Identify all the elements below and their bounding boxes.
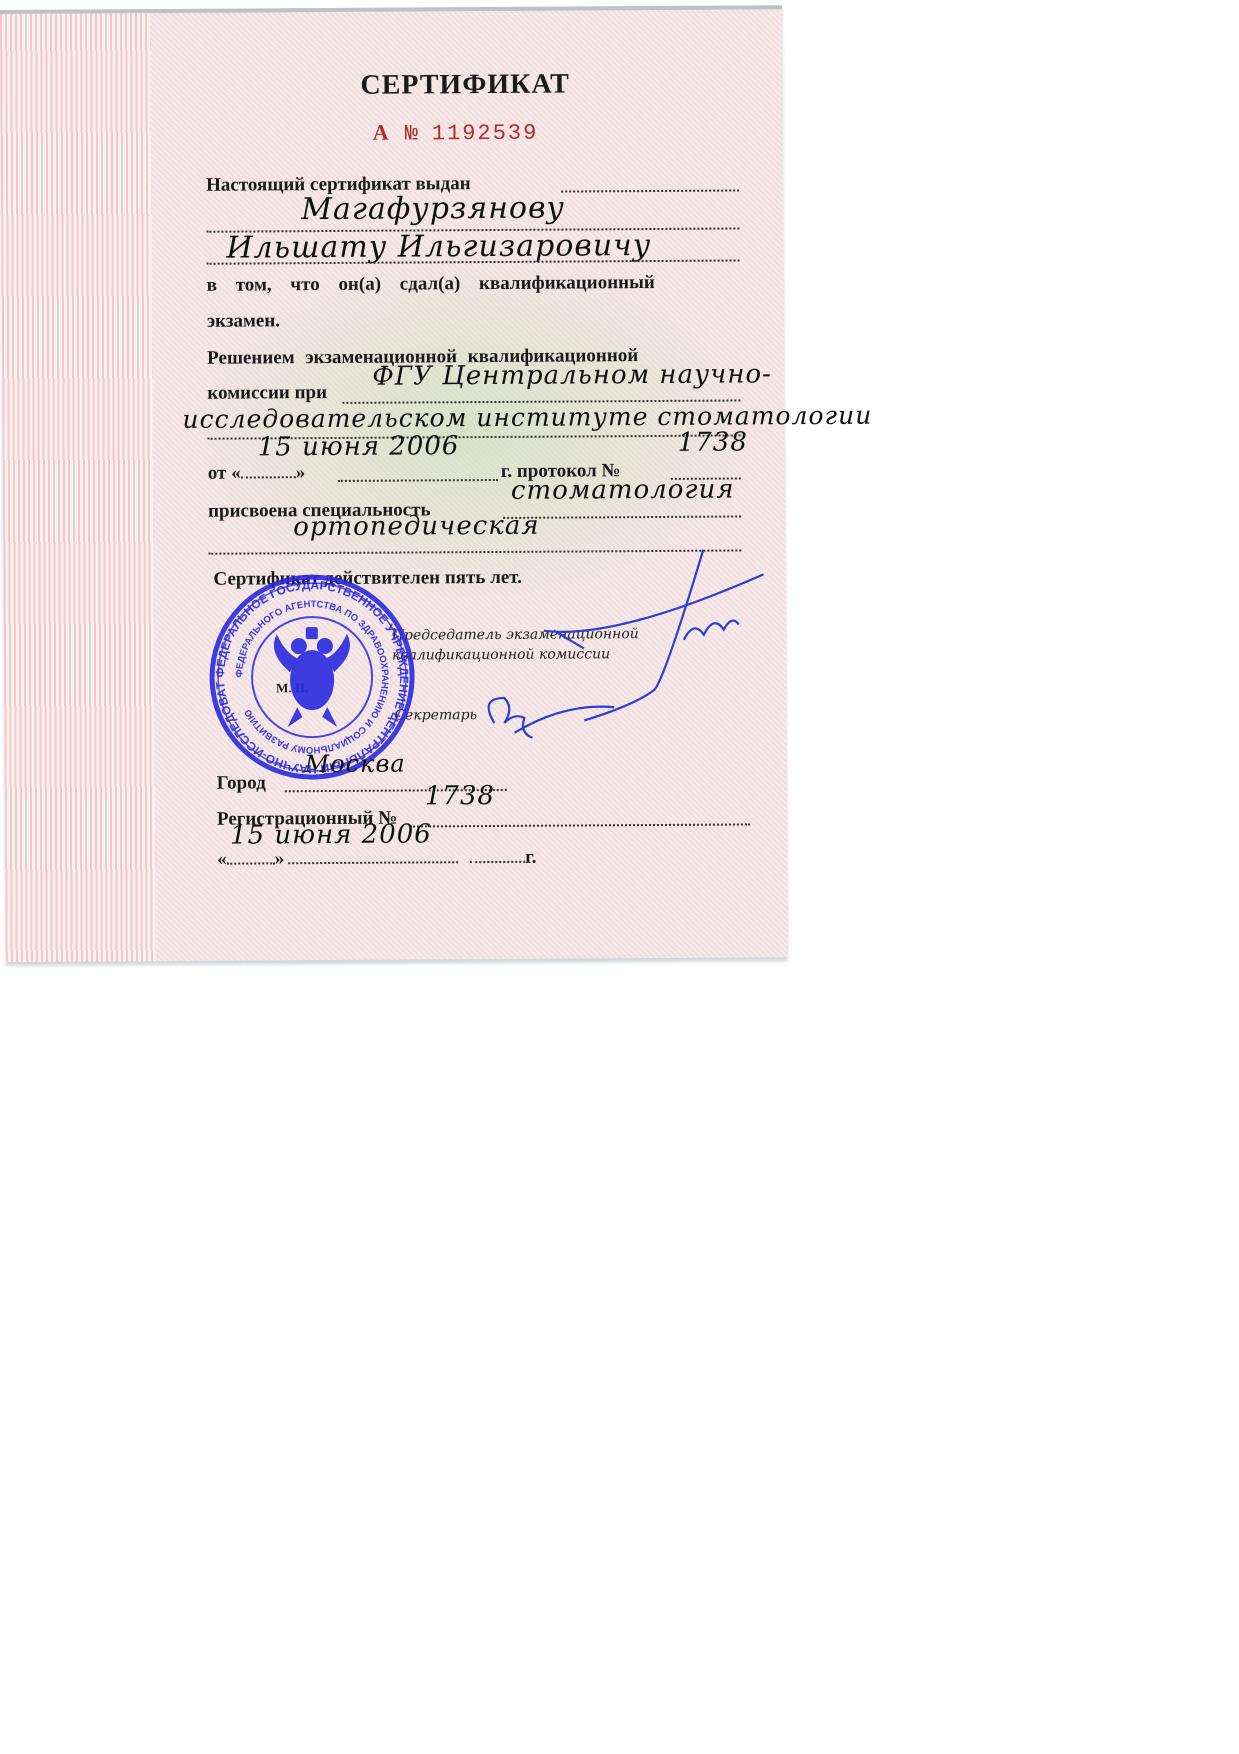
dotted-line [561, 189, 739, 192]
reg-year-suffix: г. [525, 847, 536, 868]
reg-year-blank [470, 861, 525, 863]
city-value: Москва [305, 750, 406, 779]
series: А [373, 120, 391, 145]
specialty-line-2: ортопедическая [293, 511, 540, 543]
exam-line-1: в том, что он(а) сдал(а) квалификационны… [207, 272, 655, 297]
security-stripes [0, 13, 156, 962]
from-close: » [296, 462, 306, 483]
recipient-surname: Магафурзянову [301, 191, 565, 228]
from-label: от «» [208, 462, 305, 485]
institution-line-2: исследовательском институте стоматологии [182, 401, 872, 434]
reg-open: « [217, 849, 227, 870]
registration-date: 15 июня 2006 [230, 819, 432, 850]
number: 1192539 [432, 121, 539, 147]
commission-label: комиссии при [207, 382, 327, 405]
protocol-date: 15 июня 2006 [258, 431, 460, 462]
serial-number: А№1192539 [373, 119, 539, 147]
city-label: Город [217, 772, 266, 794]
registration-number: 1738 [425, 781, 495, 811]
protocol-number: 1738 [678, 427, 748, 457]
registration-date-line: «»г. [217, 847, 536, 871]
reg-month-blank [288, 861, 458, 864]
certificate-paper: СЕРТИФИКАТ А№1192539 Настоящий сертифика… [0, 5, 788, 962]
exam-line-2: экзамен. [207, 310, 280, 332]
day-blank [241, 476, 296, 478]
certificate-title: СЕРТИФИКАТ [360, 69, 570, 102]
secretary-signature [474, 682, 624, 753]
dotted-line [410, 823, 750, 827]
double-headed-eagle-icon [274, 627, 351, 727]
dotted-line [338, 479, 498, 482]
specialty-line-1: стоматология [511, 475, 735, 506]
institution-line-1: ФГУ Центральном научно- [372, 359, 772, 391]
from-open: от « [208, 463, 241, 484]
reg-day-blank [227, 862, 275, 864]
number-sign: № [405, 121, 420, 146]
reg-close: » [275, 848, 285, 869]
